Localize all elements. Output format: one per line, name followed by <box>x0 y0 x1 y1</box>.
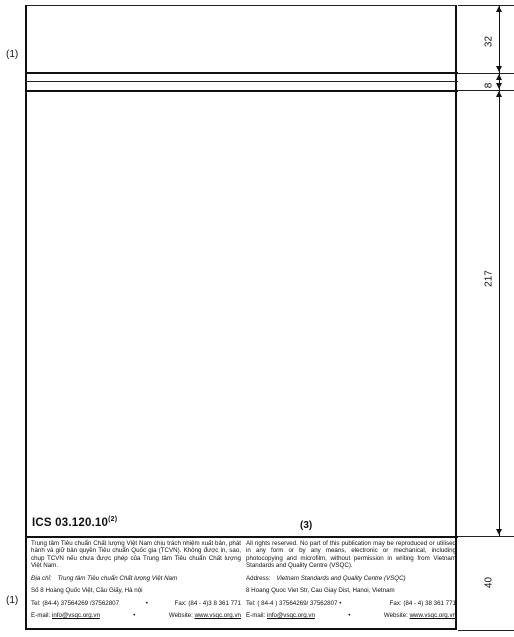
vn-tel: Tel: (84-4) 37564269 /37562807 <box>31 600 119 607</box>
ics-code: ICS 03.120.10(2) <box>32 516 117 529</box>
vn-copyright: Trung tâm Tiêu chuẩn Chất lượng Việt Nam… <box>31 540 241 569</box>
vn-email-link[interactable]: info@vsqc.org.vn <box>52 612 100 619</box>
vn-address-row: Địa chỉ: Trung tâm Tiêu chuẩn Chất lượng… <box>31 575 241 582</box>
en-tel: Tel: ( 84-4 ) 37564269/ 37562807 • <box>246 600 341 607</box>
arrow-up-icon <box>496 6 502 12</box>
arrow-up-icon <box>496 91 502 97</box>
en-copyright: All rights reserved. No part of this pub… <box>246 540 456 569</box>
vn-address-org: Trung tâm Tiêu chuẩn Chất lượng Việt Nam <box>58 575 178 582</box>
vn-email-group: E-mail: info@vsqc.org.vn <box>31 612 100 619</box>
vn-website-label: Website: <box>169 612 193 619</box>
en-email-label: E-mail: <box>246 612 265 619</box>
ics-footnote: (2) <box>108 516 117 523</box>
vn-bullet: • <box>146 600 148 607</box>
body-top-rule <box>25 90 458 92</box>
en-contact-row: E-mail: info@vsqc.org.vn • Website: www.… <box>246 612 456 619</box>
header-callout: (1) <box>6 49 18 60</box>
dim-ext-top <box>458 5 514 6</box>
footer-vn: Trung tâm Tiêu chuẩn Chất lượng Việt Nam… <box>31 540 241 619</box>
en-website-group: Website: www.vsqc.org.vn <box>384 612 456 619</box>
dim-ext-body <box>458 536 514 537</box>
vn-fax: Fax: (84 - 4)3 8 361 771 <box>175 600 241 607</box>
en-phone-row: Tel: ( 84-4 ) 37564269/ 37562807 • Fax: … <box>246 600 456 607</box>
en-street-row: 8 Hoang Quoc Viet Str, Cau Giay Dist, Ha… <box>246 587 456 594</box>
vn-email-label: E-mail: <box>31 612 50 619</box>
footer-top-rule <box>25 536 458 538</box>
dim-label-body: 217 <box>484 264 495 294</box>
arrow-down-icon <box>496 83 502 89</box>
en-website-link[interactable]: www.vsqc.org.vn <box>410 612 456 619</box>
center-callout: (3) <box>300 520 312 531</box>
vn-bullet-2: • <box>133 612 135 619</box>
dim-label-header: 32 <box>484 27 495 57</box>
dim-line-body <box>499 90 500 536</box>
dim-label-band: 8 <box>484 71 495 101</box>
en-street: 8 Hoang Quoc Viet Str, Cau Giay Dist, Ha… <box>246 587 395 594</box>
header-bottom-rule <box>25 72 458 74</box>
dim-line-header <box>499 5 500 73</box>
arrow-down-icon <box>496 66 502 72</box>
vn-address-label: Địa chỉ: <box>31 575 52 582</box>
vn-phone-row: Tel: (84-4) 37564269 /37562807 • Fax: (8… <box>31 600 241 607</box>
arrow-down-icon <box>496 529 502 535</box>
dim-label-footer: 40 <box>484 568 495 598</box>
vn-website-link[interactable]: www.vsqc.org.vn <box>195 612 241 619</box>
en-website-label: Website: <box>384 612 408 619</box>
footer-callout: (1) <box>6 595 18 606</box>
arrow-up-icon <box>496 74 502 80</box>
en-fax: Fax: (84 - 4) 38 361 771 <box>390 600 456 607</box>
en-address-row: Address: Vietnam Standards and Quality C… <box>246 575 456 582</box>
en-bullet: • <box>348 612 350 619</box>
en-email-link[interactable]: info@vsqc.org.vn <box>267 612 315 619</box>
footer-en: All rights reserved. No part of this pub… <box>246 540 456 619</box>
ics-code-text: ICS 03.120.10 <box>32 517 108 529</box>
vn-website-group: Website: www.vsqc.org.vn <box>169 612 241 619</box>
en-address-label: Address: <box>246 575 270 582</box>
vn-street: Số 8 Hoàng Quốc Việt, Cầu Giấy, Hà nội <box>31 587 143 594</box>
en-email-group: E-mail: info@vsqc.org.vn <box>246 612 315 619</box>
vn-contact-row: E-mail: info@vsqc.org.vn • Website: www.… <box>31 612 241 619</box>
dim-ext-bottom <box>458 630 514 631</box>
vn-street-row: Số 8 Hoàng Quốc Việt, Cầu Giấy, Hà nội <box>31 587 241 594</box>
en-address-org: Vietnam Standards and Quality Centre (VS… <box>276 575 405 582</box>
band-middle-rule <box>25 81 458 82</box>
